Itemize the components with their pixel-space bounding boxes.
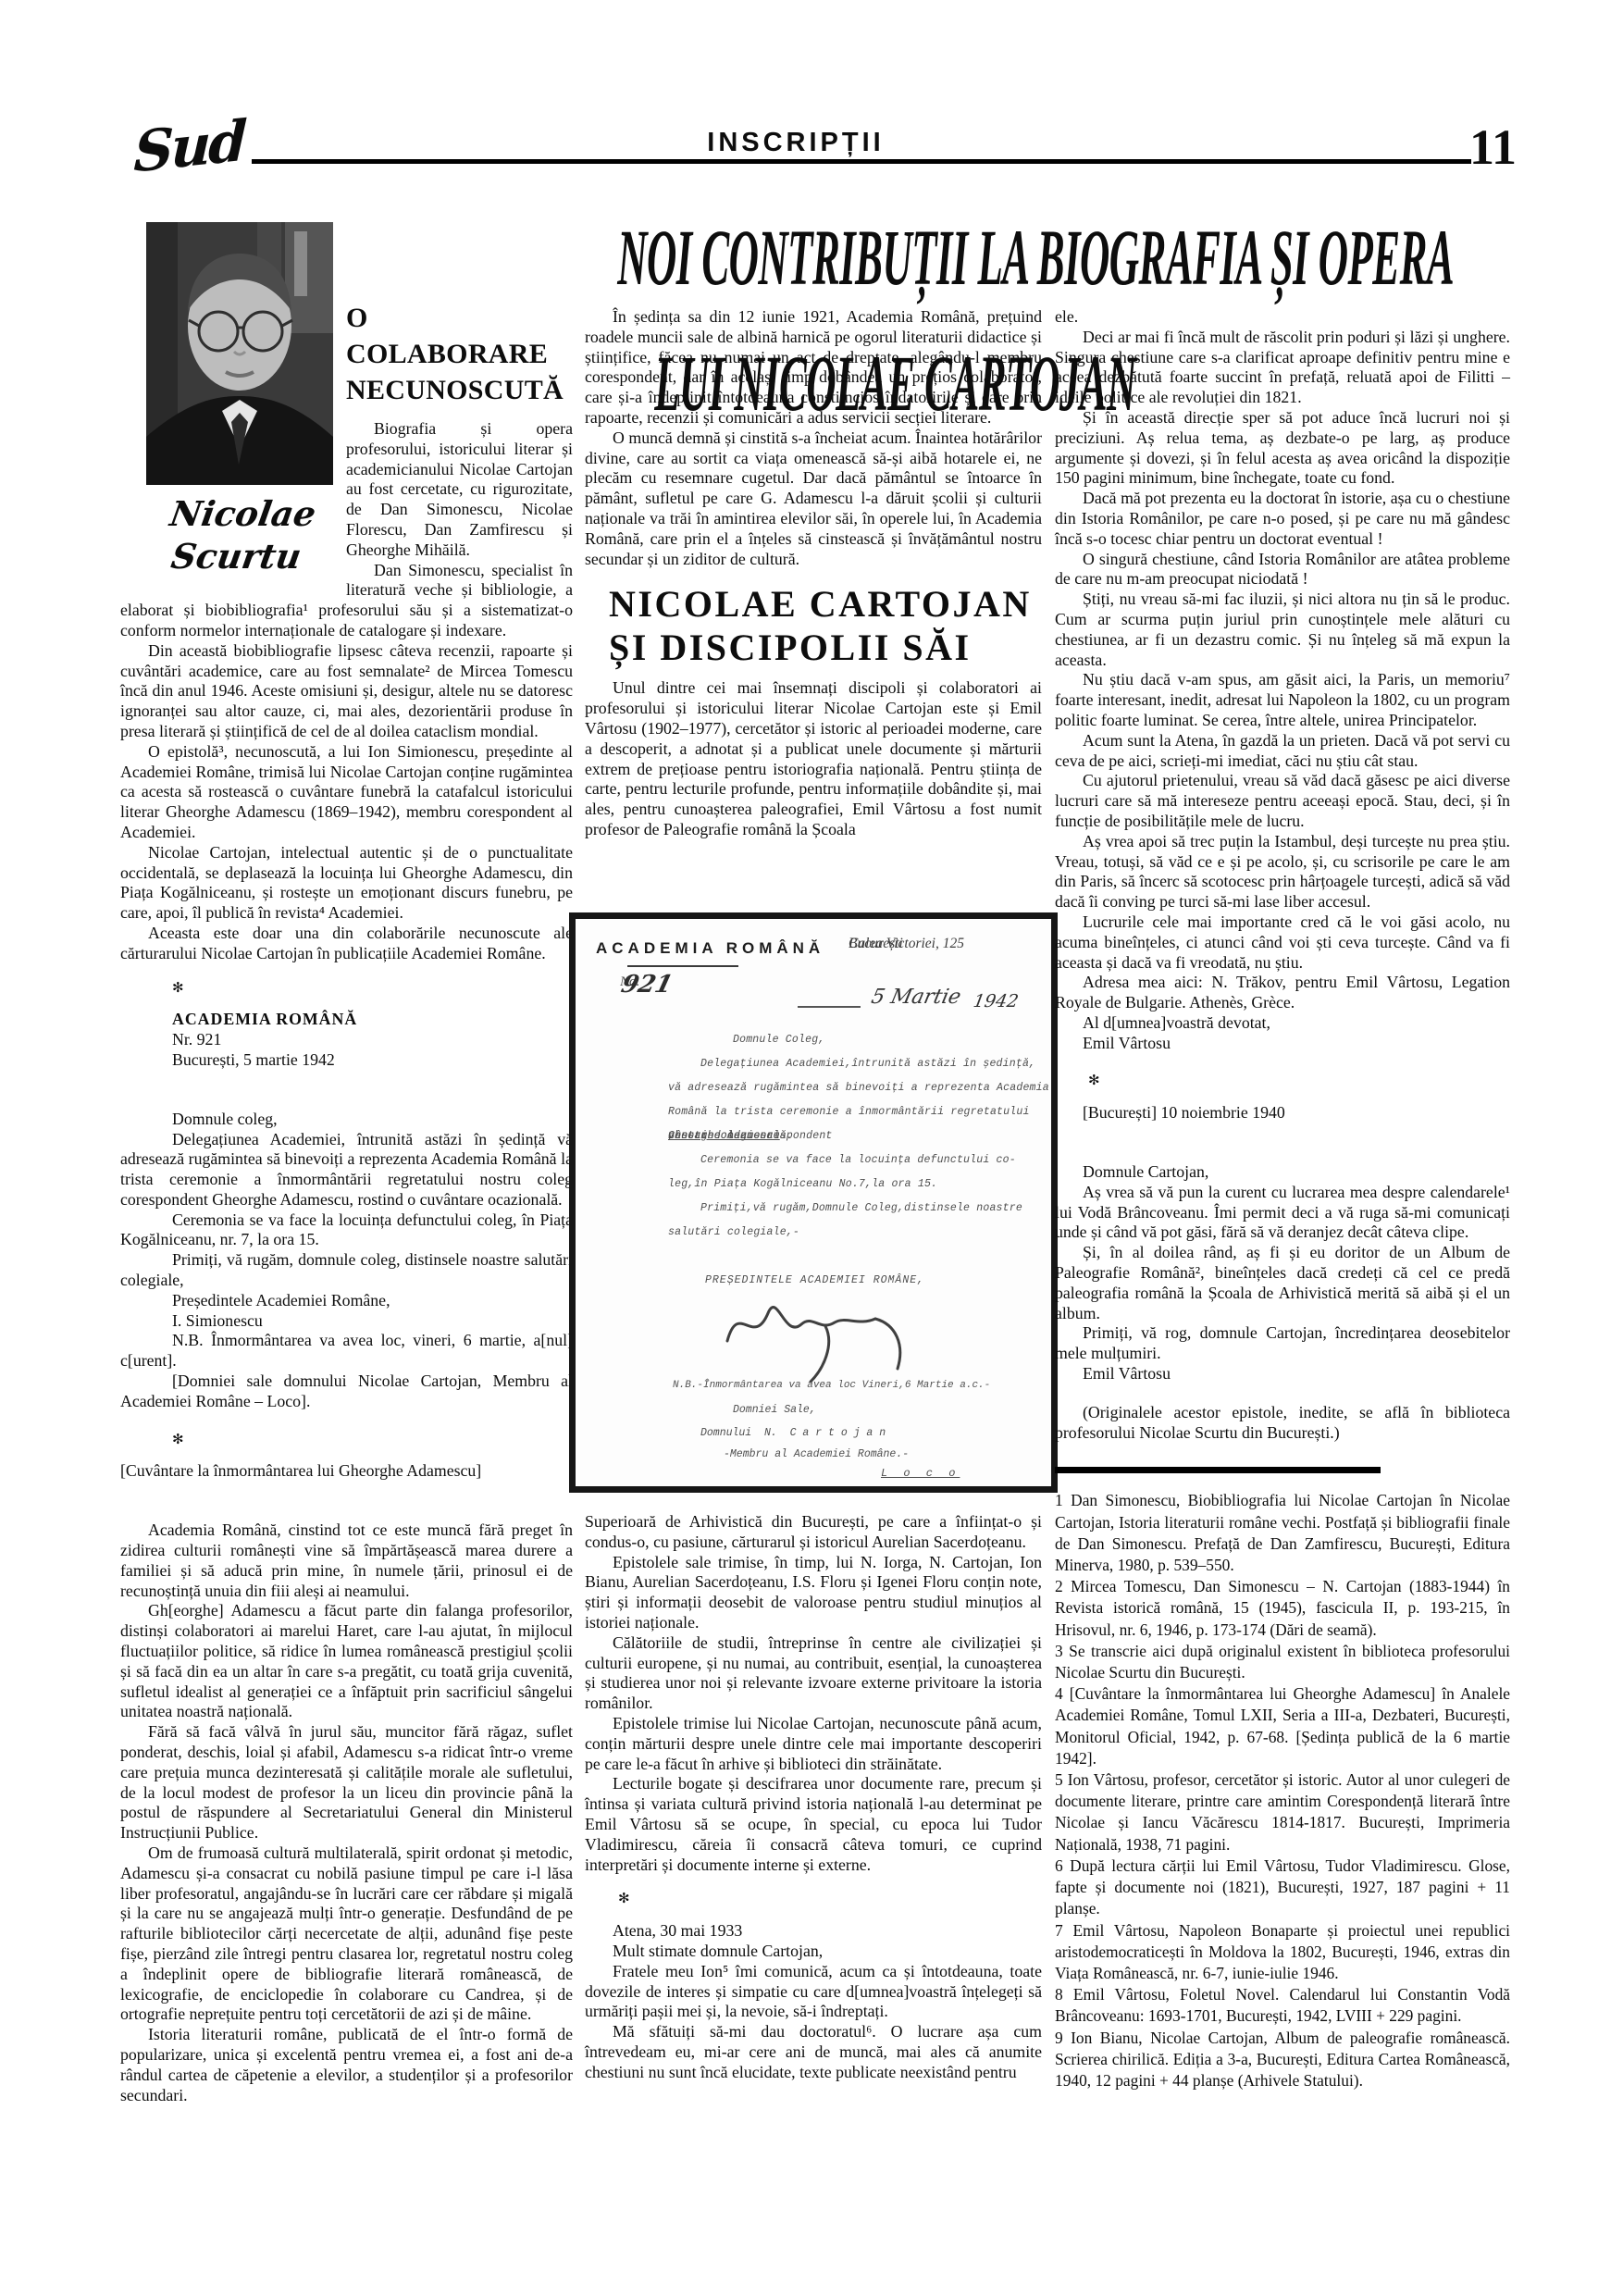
paragraph: Aș vrea apoi să trec puțin la Istambul, … [1055,832,1510,912]
letter-facsimile: ACADEMIA ROMÂNĂ No. 921 București Calea … [569,912,1058,1493]
letter-salutation: Domnule coleg, [120,1110,573,1130]
typed-line: Domnule Coleg, [594,1028,1044,1052]
footnote: 6 După lectura cărții lui Emil Vârtosu, … [1055,1855,1510,1920]
ornament-separator: ✻ [172,1431,573,1451]
letter-signer: Emil Vârtosu [1055,1364,1510,1384]
paragraph: Istoria literaturii române, publicată de… [120,2025,573,2105]
paragraph: În ședința sa din 12 iunie 1921, Academi… [585,307,1042,428]
paragraph: Unul dintre cei mai însemnați discipoli … [585,678,1042,839]
letter-paragraph: Fratele meu Ion⁵ îmi comunică, acum ca ș… [585,1962,1042,2022]
letter-salutation: Mult stimate domnule Cartojan, [585,1942,1042,1962]
photo-caption-line2: Scurtu [140,535,333,577]
footnote: 3 Se transcrie aici după originalul exis… [1055,1641,1510,1683]
facsimile-number-handwritten: 921 [618,971,675,999]
facsimile-nb-line: N.B.-Înmormântarea va avea loc Vineri,6 … [673,1380,990,1391]
letter-dateline: Atena, 30 mai 1933 [585,1921,1042,1942]
letter-signature-title: Președintele Academiei Române, [120,1291,573,1311]
facsimile-addressee-line: Domnului N. C a r t o j a n [700,1427,886,1439]
section-heading-line1: NICOLAE CARTOJAN [609,582,1042,626]
paragraph: Nicolae Cartojan, intelectual autentic ș… [120,843,573,924]
photo-caption-line1: Nicolae [146,492,340,535]
column-middle-upper: În ședința sa din 12 iunie 1921, Academi… [585,307,1042,840]
typed-line: Română la trista ceremonie a înmormântăr… [594,1100,1044,1124]
page-number: 11 [1469,118,1517,176]
letter-paragraph: Delegațiunea Academiei, întrunită astăzi… [120,1130,573,1210]
letter-paragraph: Primiți, vă rugăm, domnule coleg, distin… [120,1250,573,1291]
paragraph: Aceasta este doar una din colaborările n… [120,924,573,964]
facsimile-number: No. 921 [620,974,670,1002]
letter-signer: I. Simionescu [120,1311,573,1332]
paragraph: O singură chestiune, când Istoria Români… [1055,550,1510,590]
letter-addressee: [Domniei sale domnului Nicolae Cartojan,… [120,1371,573,1412]
letter-paragraph: Aș vrea să vă pun la curent cu lucrarea … [1055,1183,1510,1243]
footnote: 7 Emil Vârtosu, Napoleon Bonaparte și pr… [1055,1920,1510,1985]
paragraph: Și în această direcție sper să pot aduce… [1055,408,1510,489]
footnote: 1 Dan Simonescu, Biobibliografia lui Nic… [1055,1490,1510,1576]
letter-place-date: București, 5 martie 1942 [120,1050,573,1071]
masthead-logo: Sud [133,108,246,185]
footnotes: 1 Dan Simonescu, Biobibliografia lui Nic… [1055,1490,1510,2091]
newspaper-page: Sud INSCRIPȚII 11 NOI CONTRIBUȚII LA BIO… [0,0,1623,2296]
header-rule [252,159,1471,164]
facsimile-addressee-line: -Membru al Academiei Române.- [724,1448,909,1460]
paragraph: ele. [1055,307,1510,328]
paragraph: Nu știu dacă v-am spus, am găsit aici, l… [1055,670,1510,730]
paragraph: Superioară de Arhivistică din București,… [585,1512,1042,1553]
column-left: Nicolae Scurtu O COLABORARE NECUNOSCUTĂ … [120,215,573,2105]
paragraph: Cu ajutorul prietenului, vreau să văd da… [1055,771,1510,831]
typed-line: salutări colegiale,- [594,1221,1044,1245]
facsimile-addressee-line: Domniei Sale, [733,1404,816,1416]
portrait-photo [146,222,333,485]
section-title: INSCRIPȚII [611,128,981,158]
letter-paragraph: Ceremonia se va face la locuința defunct… [120,1210,573,1251]
paragraph: Fără să facă vâlvă în jurul său, muncito… [120,1722,573,1843]
footnote: 5 Ion Vârtosu, profesor, cercetător și i… [1055,1769,1510,1855]
letter-nb: N.B. Înmormântarea va avea loc, vineri, … [120,1331,573,1371]
paragraph: O muncă demnă și cinstită s-a încheiat a… [585,428,1042,570]
paragraph: Academia Română, cinstind tot ce este mu… [120,1520,573,1601]
typed-line: Primiți,vă rugăm,Domnule Coleg,distinsel… [594,1197,1044,1221]
typed-line: Ceremonia se va face la locuința defunct… [594,1148,1044,1173]
letter-paragraph: Și, în al doilea rând, aș fi și eu dorit… [1055,1243,1510,1323]
section-heading-line2: ȘI DISCIPOLII SĂI [609,626,1042,669]
letter-signer: Emil Vârtosu [1055,1034,1510,1054]
facsimile-president-line: PREȘEDINTELE ACADEMIEI ROMÂNE, [705,1274,924,1286]
paragraph: Știți, nu vreau să-mi fac iluzii, și nic… [1055,590,1510,670]
facsimile-handwritten-year: 1942 [972,991,1020,1011]
paragraph: Călătoriile de studii, întreprinse în ce… [585,1633,1042,1714]
letter-paragraph: Primiți, vă rog, domnule Cartojan, încre… [1055,1323,1510,1364]
typed-line: vă adresează rugămintea să binevoiți a r… [594,1076,1044,1100]
paragraph: Din această biobibliografie lipsesc câte… [120,641,573,742]
typed-line: Delegațiunea Academiei,întrunită astăzi … [594,1052,1044,1076]
ornament-separator: ✻ [172,979,573,999]
facsimile-dateline: 5 Martie 1942 [798,991,1038,1019]
facsimile-typed-body: Domnule Coleg, Delegațiunea Academiei,în… [594,1028,1044,1245]
paragraph: Gh[eorghe] Adamescu a făcut parte din fa… [120,1601,573,1722]
letter-paragraph: Mă sfătuiți să-mi dau doctoratul⁶. O luc… [585,2022,1042,2082]
letter-salutation: Domnule Cartojan, [1055,1162,1510,1183]
footnote: 9 Ion Bianu, Nicolae Cartojan, Album de … [1055,2028,1510,2092]
facsimile-letterhead-rule [627,965,738,967]
paragraph: Epistolele sale trimise, în timp, lui N.… [585,1553,1042,1633]
paragraph: Dacă mă pot prezenta eu la doctorat în i… [1055,489,1510,549]
footnote: 4 [Cuvântare la înmormântarea lui Gheorg… [1055,1683,1510,1769]
facsimile-dash-rule [798,1006,861,1008]
ornament-separator: ✻ [618,1890,1042,1910]
signature-mark [714,1287,927,1384]
portrait-photo-block: Nicolae Scurtu [146,222,333,577]
letter-dateline: [București] 10 noiembrie 1940 [1055,1103,1510,1123]
paragraph: Om de frumoasă cultură multilaterală, sp… [120,1843,573,2025]
section-heading: NICOLAE CARTOJAN ȘI DISCIPOLII SĂI [585,582,1042,669]
column-right: ele. Deci ar mai fi încă mult de răscoli… [1055,307,1510,2091]
typed-line: leg,în Piața Kogălniceanu No.7,la ora 15… [594,1173,1044,1197]
paragraph: O epistolă³, necunoscută, a lui Ion Simi… [120,742,573,843]
facsimile-letterhead: ACADEMIA ROMÂNĂ [596,939,824,958]
ornament-separator: ✻ [1088,1072,1510,1092]
editorial-note: (Originalele acestor epistole, inedite, … [1055,1403,1510,1444]
paragraph: Epistolele trimise lui Nicolae Cartojan,… [585,1714,1042,1774]
paragraph: Adresa mea aici: N. Trăkov, pentru Emil … [1055,973,1510,1013]
facsimile-street: Calea Victoriei, 125 [849,934,964,953]
paragraph: Lecturile bogate și descifrarea unor doc… [585,1774,1042,1875]
paragraph: Lucrurile cele mai importante cred că le… [1055,912,1510,973]
footnote: 8 Emil Vârtosu, Foletul Novel. Calendaru… [1055,1984,1510,2027]
letter-transcription: ACADEMIA ROMÂNĂ Nr. 921 București, 5 mar… [120,1010,573,1411]
letter-number: Nr. 921 [120,1030,573,1050]
paragraph: Acum sunt la Atena, în gazdă la un priet… [1055,731,1510,772]
footnote: 2 Mircea Tomescu, Dan Simonescu – N. Car… [1055,1576,1510,1641]
facsimile-loco: L o c o [881,1467,960,1480]
photo-caption: Nicolae Scurtu [140,492,341,577]
letter-valediction: Al d[umnea]voastră devotat, [1055,1013,1510,1034]
paragraph: Deci ar mai fi încă mult de răscolit pri… [1055,328,1510,408]
footnote-rule [1055,1467,1381,1473]
speech-title: [Cuvântare la înmormântarea lui Gheorghe… [120,1461,573,1482]
letter-org: ACADEMIA ROMÂNĂ [120,1010,573,1030]
facsimile-handwritten-day: 5 Martie [869,986,962,1009]
column-middle-lower: Superioară de Arhivistică din București,… [585,1512,1042,2083]
